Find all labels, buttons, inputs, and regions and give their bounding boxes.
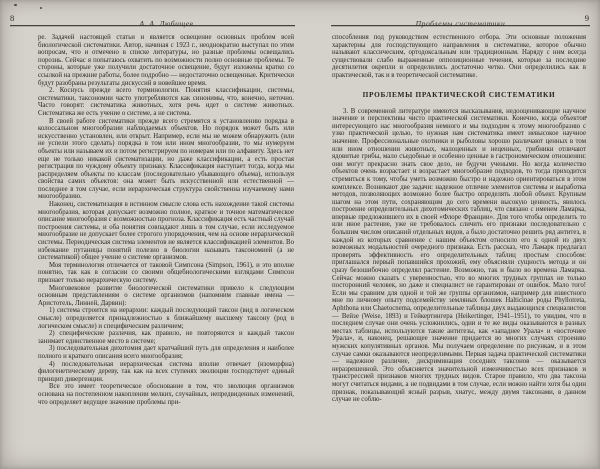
page-number-right: 9 [585,13,589,23]
paragraph: Все это имеет теоретическое обоснование … [38,383,294,406]
section-heading: ПРОБЛЕМЫ ПРАКТИЧЕСКОЙ СИСТЕМАТИКИ [332,91,586,99]
paragraph: ре. Задачей настоящей статьи и является … [38,34,294,87]
scan-speck [14,4,17,6]
paragraph: Наконец, систематизация в истинном смысл… [38,201,294,262]
page-number-left: 8 [10,13,14,23]
running-head-wrap-left: А. А. Любищев [38,13,295,24]
paragraph: Моя терминология отличается от таковой С… [38,262,294,285]
paragraph: 1) система строится на иерархии: каждый … [38,307,294,330]
paragraph: Многовековое развитие биологической сист… [38,285,294,308]
paragraph: 2) специфические различия, как правило, … [38,330,294,345]
paragraph: способления под руководством естественно… [332,34,586,80]
paragraph: 3. В современной литературе имеются выск… [332,108,586,404]
paragraphs-before-heading: способления под руководством естественно… [332,34,586,80]
scan-speck [585,116,587,118]
paragraphs-after-heading: 3. В современной литературе имеются выск… [332,108,586,404]
paragraph: 2. Коснусь прежде всего терминологии. По… [38,87,294,117]
page-left: 8 А. А. Любищев ре. Задачей настоящей ст… [10,13,295,406]
paragraph: 3) последовательная дихотомия дает кратч… [38,345,294,360]
page-header-left: 8 А. А. Любищев [10,13,295,24]
page-body-right: способления под руководством естественно… [332,34,586,404]
running-head-right: Проблемы систематики [416,19,506,28]
running-head-left: А. А. Любищев [140,19,194,28]
paragraph: 4) последовательная иерархическая систем… [38,361,294,384]
page-header-right: 9 Проблемы систематики [331,13,590,24]
page-right: 9 Проблемы систематики способления под р… [331,13,590,404]
scan-speck [40,7,42,9]
page-body-left: ре. Задачей настоящей статьи и является … [38,34,294,406]
paragraph: В своей работе систематики прежде всего … [38,118,294,202]
running-head-wrap-right: Проблемы систематики [331,13,590,24]
